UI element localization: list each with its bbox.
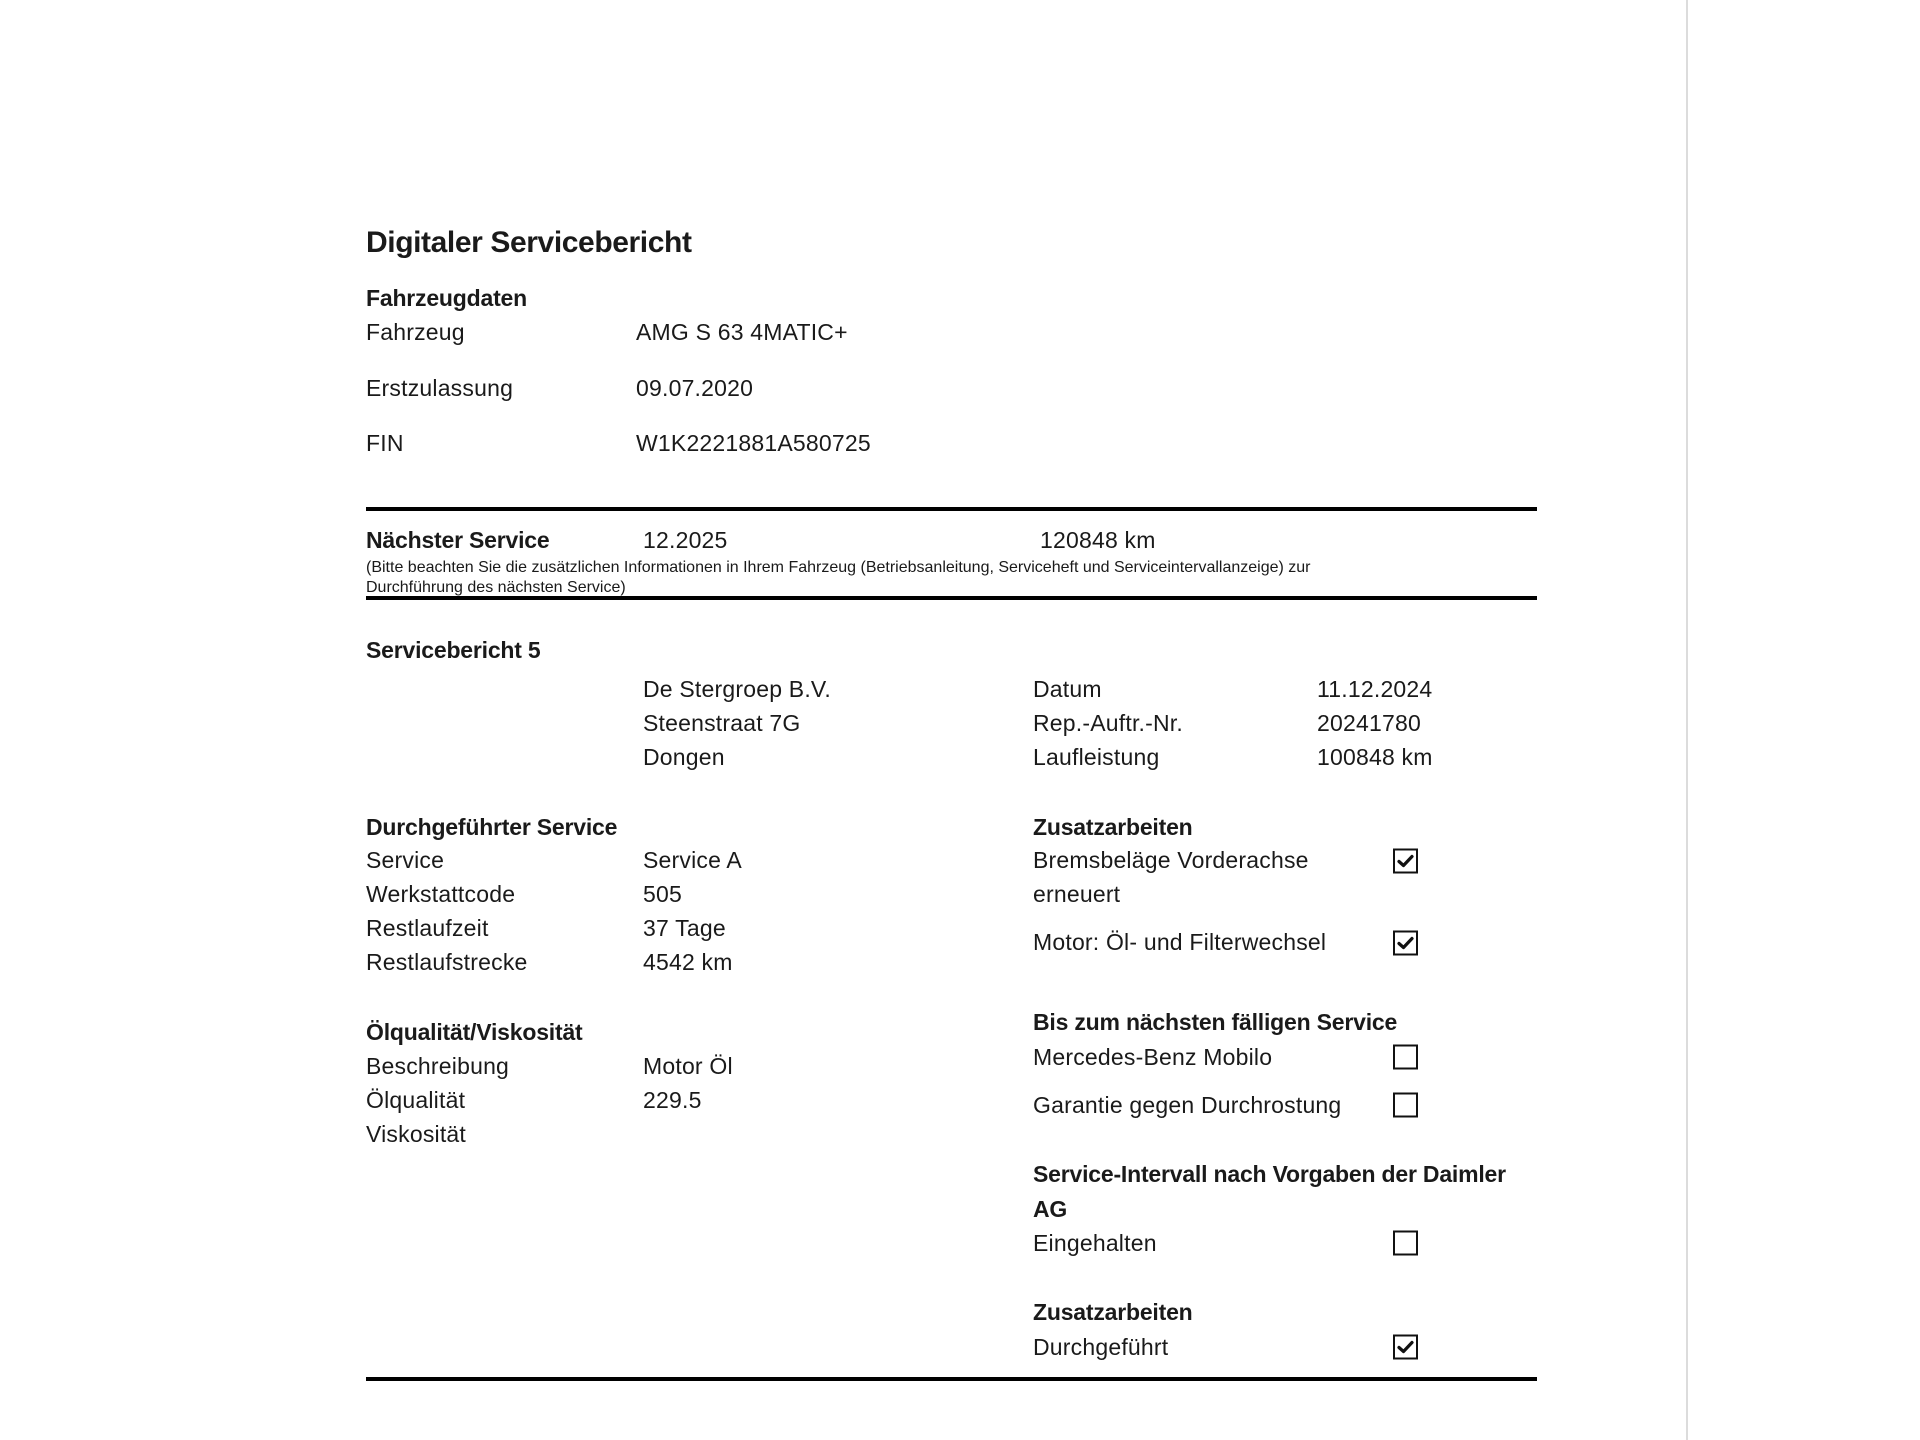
vin-value: W1K2221881A580725	[636, 429, 871, 457]
additional-work-2-heading: Zusatzarbeiten	[1033, 1298, 1193, 1326]
interval-kept-checkbox[interactable]	[1393, 1231, 1418, 1256]
performed-checkbox[interactable]	[1393, 1335, 1418, 1360]
interval-kept-label: Eingehalten	[1033, 1229, 1157, 1257]
oil-change-checkbox[interactable]	[1393, 931, 1418, 956]
oil-description-value: Motor Öl	[643, 1052, 733, 1080]
next-service-mileage: 120848 km	[1040, 526, 1156, 554]
next-service-label: Nächster Service	[366, 526, 549, 554]
dealer-street: Steenstraat 7G	[643, 709, 801, 737]
brake-pads-label-line2: erneuert	[1033, 880, 1120, 908]
additional-work-heading: Zusatzarbeiten	[1033, 813, 1193, 841]
remaining-time-label: Restlaufzeit	[366, 914, 489, 942]
date-label: Datum	[1033, 675, 1102, 703]
rule-bottom-band	[366, 596, 1537, 600]
dealer-city: Dongen	[643, 743, 725, 771]
brake-pads-checkbox[interactable]	[1393, 849, 1418, 874]
order-number-value: 20241780	[1317, 709, 1421, 737]
dealer-name: De Stergroep B.V.	[643, 675, 831, 703]
workshop-code-value: 505	[643, 880, 682, 908]
checkmark-icon	[1397, 1340, 1414, 1355]
document-title: Digitaler Servicebericht	[366, 225, 692, 261]
mobilo-label: Mercedes-Benz Mobilo	[1033, 1043, 1272, 1071]
next-service-note-line1: (Bitte beachten Sie die zusätzlichen Inf…	[366, 558, 1311, 578]
oil-quality-label: Ölqualität	[366, 1086, 465, 1114]
service-value: Service A	[643, 846, 742, 874]
rust-warranty-label: Garantie gegen Durchrostung	[1033, 1091, 1341, 1119]
brake-pads-label-line1: Bremsbeläge Vorderachse	[1033, 846, 1309, 874]
page-edge-divider	[1686, 0, 1688, 1440]
mobilo-checkbox[interactable]	[1393, 1045, 1418, 1070]
performed-label: Durchgeführt	[1033, 1333, 1168, 1361]
viscosity-label: Viskosität	[366, 1120, 466, 1148]
mileage-label: Laufleistung	[1033, 743, 1159, 771]
first-registration-value: 09.07.2020	[636, 374, 753, 402]
remaining-distance-value: 4542 km	[643, 948, 733, 976]
interval-heading-line1: Service-Intervall nach Vorgaben der Daim…	[1033, 1160, 1506, 1188]
vehicle-heading: Fahrzeugdaten	[366, 284, 527, 312]
rule-top	[366, 507, 1537, 511]
oil-description-label: Beschreibung	[366, 1052, 509, 1080]
oil-quality-value: 229.5	[643, 1086, 702, 1114]
checkmark-icon	[1397, 854, 1414, 869]
mileage-value: 100848 km	[1317, 743, 1433, 771]
interval-heading-line2: AG	[1033, 1195, 1067, 1223]
first-registration-label: Erstzulassung	[366, 374, 513, 402]
order-number-label: Rep.-Auftr.-Nr.	[1033, 709, 1183, 737]
oil-heading: Ölqualität/Viskosität	[366, 1018, 583, 1046]
remaining-distance-label: Restlaufstrecke	[366, 948, 528, 976]
vehicle-value: AMG S 63 4MATIC+	[636, 318, 848, 346]
performed-service-heading: Durchgeführter Service	[366, 813, 617, 841]
workshop-code-label: Werkstattcode	[366, 880, 515, 908]
service-label: Service	[366, 846, 444, 874]
vehicle-label: Fahrzeug	[366, 318, 465, 346]
rust-warranty-checkbox[interactable]	[1393, 1093, 1418, 1118]
until-next-heading: Bis zum nächsten fälligen Service	[1033, 1008, 1397, 1036]
report-heading: Servicebericht 5	[366, 636, 541, 664]
next-service-note-line2: Durchführung des nächsten Service)	[366, 578, 626, 598]
date-value: 11.12.2024	[1317, 675, 1432, 703]
remaining-time-value: 37 Tage	[643, 914, 726, 942]
rule-bottom	[366, 1377, 1537, 1381]
oil-change-label: Motor: Öl- und Filterwechsel	[1033, 928, 1326, 956]
vin-label: FIN	[366, 429, 404, 457]
checkmark-icon	[1397, 936, 1414, 951]
next-service-date: 12.2025	[643, 526, 728, 554]
